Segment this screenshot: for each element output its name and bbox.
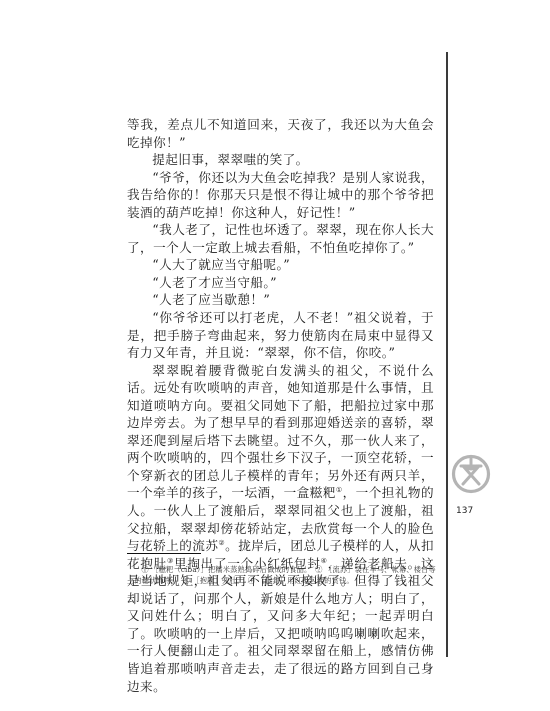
paragraph: “人老了才应当守船。”: [127, 274, 434, 292]
paragraph: 等我，差点儿不知道回来，天夜了，我还以为大鱼会吃掉你！”: [127, 116, 434, 151]
paragraph: “爷爷，你还以为大鱼会吃掉我？是别人家说我，我告给你的！你那天只是恨不得让城中的…: [127, 169, 434, 222]
page-number: 137: [456, 506, 473, 516]
paragraph: “你爷爷还可以打老虎，人不老！”祖父说着，于是，把手膀子弯曲起来，努力使筋肉在局…: [127, 309, 434, 362]
footnote-divider: [127, 553, 201, 554]
paragraph: “我人老了，记性也坏透了。翠翠，现在你人长大了，一个人一定敢上城去看船，不怕鱼吃…: [127, 221, 434, 256]
footnotes: ① ［糍粑（cíbā）］把糯米蒸熟捣碎后做成的食品。 ② ［流苏］装在车马、帐幕…: [127, 564, 437, 586]
wen-character-seal-icon: [451, 454, 491, 494]
paragraph: 提起旧事，翠翠嗤的笑了。: [127, 151, 434, 169]
text-segment: 翠翠睨着腰背微驼白发满头的祖父，不说什么话。远处有吹唢呐的声音，她知道那是什么事…: [127, 363, 434, 501]
body-text: 等我，差点儿不知道回来，天夜了，我还以为大鱼会吃掉你！” 提起旧事，翠翠嗤的笑了…: [127, 116, 434, 695]
footnote-marker-1[interactable]: ①: [336, 486, 343, 494]
page-margin-rule: [446, 52, 448, 657]
paragraph: “人大了就应当守船呢。”: [127, 256, 434, 274]
paragraph: “人老了应当歇憩！”: [127, 291, 434, 309]
paragraph-long: 翠翠睨着腰背微驼白发满头的祖父，不说什么话。远处有吹唢呐的声音，她知道那是什么事…: [127, 362, 434, 695]
